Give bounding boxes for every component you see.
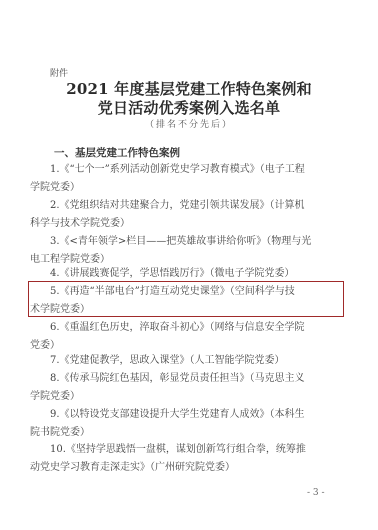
item-number: 9.: [50, 409, 60, 420]
item-text-cont: 科学与技术学院党委）: [30, 215, 330, 233]
item-text-cont: 院书院党委）: [30, 424, 330, 442]
list-item-1: 1.《“七个一”系列活动创新党史学习教育模式》（电子工程 学院党委）: [30, 161, 330, 197]
highlight-box: [28, 281, 344, 317]
item-text-cont: 学院党委）: [30, 388, 330, 406]
item-text: 《党组织结对共建聚合力，党建引领共谋发展》（计算机: [60, 200, 305, 211]
item-text: 《以特设党支部建设提升大学生党建育人成效》（本科生: [60, 409, 305, 420]
document-title-line2: 党日活动优秀案例入选名单: [0, 97, 378, 118]
item-number: 8.: [50, 373, 60, 384]
item-text: 《坚持学思践悟一盘棋，谋划创新笃行组合拳，统筹推: [66, 444, 306, 455]
list-item-2: 2.《党组织结对共建聚合力，党建引领共谋发展》（计算机 科学与技术学院党委）: [30, 197, 330, 233]
item-number: 4.: [50, 268, 60, 279]
page-number: - 3 -: [307, 488, 325, 498]
item-text: 《“七个一”系列活动创新党史学习教育模式》（电子工程: [60, 164, 305, 175]
list-item-9: 9.《以特设党支部建设提升大学生党建育人成效》（本科生 院书院党委）: [30, 406, 330, 442]
item-text-cont: 动党史学习教育走深走实》（广州研究院党委）: [30, 459, 330, 477]
item-number: 10.: [50, 444, 66, 455]
item-text: 《传承马院红色基因，彰显党员责任担当》（马克思主义: [60, 373, 305, 384]
item-text: 《讲展践赛促学，学思悟践厉行》（微电子学院党委）: [60, 268, 295, 279]
list-item-10: 10.《坚持学思践悟一盘棋，谋划创新笃行组合拳，统筹推 动党史学习教育走深走实》…: [30, 441, 330, 477]
list-item-8: 8.《传承马院红色基因，彰显党员责任担当》（马克思主义 学院党委）: [30, 370, 330, 406]
section-heading: 一、基层党建工作特色案例: [54, 145, 180, 160]
document-subtitle: （排名不分先后）: [0, 117, 378, 130]
item-number: 1.: [50, 164, 60, 175]
item-text: 《党建促教学，思政入课堂》（人工智能学院党委）: [60, 355, 285, 366]
list-item-7: 7.《党建促教学，思政入课堂》（人工智能学院党委）: [30, 352, 330, 370]
item-number: 7.: [50, 355, 60, 366]
item-number: 2.: [50, 200, 60, 211]
item-text: 《重温红色历史，淬取奋斗初心》（网络与信息安全学院: [60, 322, 305, 333]
item-text-cont: 学院党委）: [30, 179, 330, 197]
list-item-3: 3.《<青年领学>栏目——把英雄故事讲给你听》（物理与光 电工程学院党委）: [30, 233, 330, 269]
item-number: 6.: [50, 322, 60, 333]
item-text: 《<青年领学>栏目——把英雄故事讲给你听》（物理与光: [60, 236, 312, 247]
item-number: 3.: [50, 236, 60, 247]
list-item-6: 6.《重温红色历史，淬取奋斗初心》（网络与信息安全学院 党委）: [30, 319, 330, 355]
document-title-line1: 2021 年度基层党建工作特色案例和: [0, 78, 378, 99]
